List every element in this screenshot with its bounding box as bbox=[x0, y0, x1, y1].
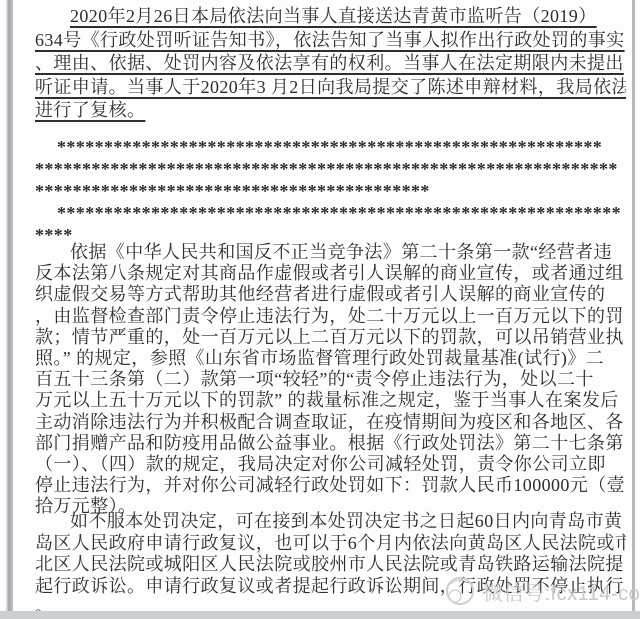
text-line: 岛区人民政府申请行政复议，也可以于6个月内依法向黄岛区人民法院或市 bbox=[35, 533, 626, 555]
text-line: 款；情节严重的，处一百万元以上二百万元以下的罚款，可以吊销营业执 bbox=[35, 327, 626, 348]
text-line: 部门捐赠产品和防疫用品做公益事业。根据《行政处罚法》第二十七条第 bbox=[35, 433, 626, 454]
watermark-text: 微信号:fcx114-com bbox=[483, 577, 640, 606]
text-line: 北区人民法院或城阳区人民法院或胶州市人民法院或青岛铁路运输法院提 bbox=[35, 554, 626, 576]
watermark: 微信号:fcx114-com bbox=[443, 574, 640, 608]
text-line: 634号《行政处罚听证告知书》，依法告知了当事人拟作出行政处罚的事实 bbox=[35, 29, 626, 53]
text-line: 2020年2月26日本局依法向当事人直接送达青黄市监听告（2019） bbox=[35, 5, 626, 29]
page: { "colors": { "background": "#fdfdfd", "… bbox=[0, 0, 640, 619]
text-line: 万元以上五十万元以下的罚款” 的裁量标准之规定，鉴于当事人在案发后 bbox=[35, 390, 626, 411]
text-line: 、理由、依据、处罚内容及依法享有的权利。当事人在法定期限内未提出 bbox=[35, 52, 626, 76]
wechat-sketch-icon bbox=[443, 574, 479, 608]
text-line: ****************************************… bbox=[35, 202, 626, 224]
text-line: 百五十三条第（二）款第一项“较轻”的“责令停止违法行为，处以二十 bbox=[35, 369, 626, 390]
text-line: ****************************************… bbox=[35, 180, 626, 202]
scanned-document: 2020年2月26日本局依法向当事人直接送达青黄市监听告（2019）634号《行… bbox=[0, 0, 640, 619]
text-line: 主动消除违法行为并积极配合调查取证，在疫情期间为疫区和各地区、各 bbox=[35, 412, 626, 433]
scan-edge-left bbox=[6, 0, 13, 619]
text-line: ****************************************… bbox=[35, 158, 626, 180]
redacted-separator-asterisks: ****************************************… bbox=[35, 136, 626, 246]
text-line: 反本法第八条规定对其商品作虚假或者引人误解的商业宣传，或者通过组 bbox=[35, 263, 626, 284]
text-line: 如不服本处罚决定，可在接到本处罚决定书之日起60日内向青岛市黄 bbox=[35, 511, 626, 533]
scan-edge-bottom bbox=[0, 611, 640, 619]
text-line: 听证申请。当事人于2020年3 月2日向我局提交了陈述申辩材料，我局依法 bbox=[35, 76, 626, 100]
notice-paragraph: 2020年2月26日本局依法向当事人直接送达青黄市监听告（2019）634号《行… bbox=[35, 5, 626, 123]
text-line: 进行了复核。 bbox=[35, 99, 626, 123]
text-line: 织虚假交易等方式帮助其他经营者进行虚假或者引人误解的商业宣传的 bbox=[35, 284, 626, 305]
text-line: ****************************************… bbox=[35, 136, 626, 158]
text-line: （一）、（四）款的规定，我局决定对你公司减轻处罚，责令你公司立即 bbox=[35, 454, 626, 475]
text-line: 停止违法行为，并对你公司减轻行政处罚如下：罚款人民币100000元（壹 bbox=[35, 475, 626, 496]
decision-paragraph: 依据《中华人民共和国反不正当竞争法》第二十条第一款“经营者违反本法第八条规定对其… bbox=[35, 242, 626, 518]
scan-edge-right bbox=[632, 0, 635, 619]
text-line: 照。” 的规定，参照《山东省市场监督管理行政处罚裁量基准(试行)》二 bbox=[35, 348, 626, 369]
text-line: ，由监督检查部门责令停止违法行为，处二十万元以上一百万元以下的罚 bbox=[35, 306, 626, 327]
text-line: 依据《中华人民共和国反不正当竞争法》第二十条第一款“经营者违 bbox=[35, 242, 626, 263]
